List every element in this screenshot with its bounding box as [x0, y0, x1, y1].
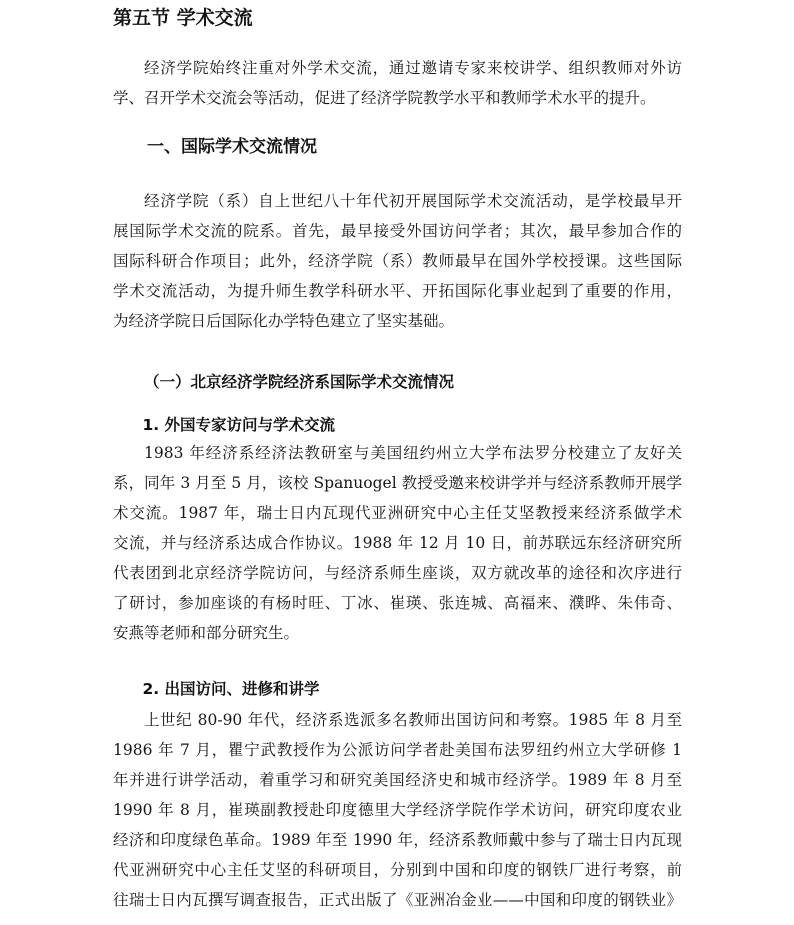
document-page: 第五节 学术交流 经济学院始终注重对外学术交流，通过邀请专家来校讲学、组织教师对… [0, 0, 794, 925]
paragraph-line: 1986 年 7 月，瞿宁武教授作为公派访问学者赴美国布法罗纽约州立大学研修 1 [113, 735, 682, 765]
international-paragraph: 经济学院（系）自上世纪八十年代初开展国际学术交流活动，是学校最早开 展国际学术交… [113, 186, 682, 336]
paragraph-line: 经济和印度绿色革命。1989 年至 1990 年，经济系教师戴中参与了瑞士日内瓦… [113, 825, 682, 855]
paragraph-line: 学、召开学术交流会等活动，促进了经济学院教学水平和教师学术水平的提升。 [113, 83, 682, 113]
foreign-experts-paragraph: 1983 年经济系经济法教研室与美国纽约州立大学布法罗分校建立了友好关 系，同年… [113, 438, 682, 648]
paragraph-line: 经济学院（系）自上世纪八十年代初开展国际学术交流活动，是学校最早开 [113, 186, 682, 216]
paragraph-line: 1983 年经济系经济法教研室与美国纽约州立大学布法罗分校建立了友好关 [113, 438, 682, 468]
heading-foreign-experts-visits: 1. 外国专家访问与学术交流 [113, 413, 682, 438]
paragraph-line: 代表团到北京经济学院访问，与经济系师生座谈，双方就改革的途径和次序进行 [113, 558, 682, 588]
paragraph-line: 1990 年 8 月，崔瑛副教授赴印度德里大学经济学院作学术访问，研究印度农业 [113, 795, 682, 825]
abroad-paragraph: 上世纪 80-90 年代，经济系选派多名教师出国访问和考察。1985 年 8 月… [113, 705, 682, 915]
heading-international-exchange: 一、国际学术交流情况 [113, 134, 682, 161]
section-title: 第五节 学术交流 [113, 5, 682, 31]
intro-paragraph: 经济学院始终注重对外学术交流，通过邀请专家来校讲学、组织教师对外访 学、召开学术… [113, 53, 682, 113]
paragraph-line: 学术交流活动，为提升师生教学科研水平、开拓国际化事业起到了重要的作用， [113, 276, 682, 306]
heading-visits-abroad: 2. 出国访问、进修和讲学 [113, 677, 682, 702]
paragraph-line: 年并进行讲学活动，着重学习和研究美国经济史和城市经济学。1989 年 8 月至 [113, 765, 682, 795]
paragraph-line: 为经济学院日后国际化办学特色建立了坚实基础。 [113, 306, 682, 336]
paragraph-line: 上世纪 80-90 年代，经济系选派多名教师出国访问和考察。1985 年 8 月… [113, 705, 682, 735]
paragraph-line: 展国际学术交流的院系。首先，最早接受外国访问学者；其次，最早参加合作的 [113, 216, 682, 246]
paragraph-line: 国际科研合作项目；此外，经济学院（系）教师最早在国外学校授课。这些国际 [113, 246, 682, 276]
paragraph-line: 安燕等老师和部分研究生。 [113, 618, 682, 648]
paragraph-line: 术交流。1987 年，瑞士日内瓦现代亚洲研究中心主任艾坚教授来经济系做学术 [113, 498, 682, 528]
paragraph-line: 了研讨，参加座谈的有杨时旺、丁冰、崔瑛、张连城、高福来、濮晔、朱伟奇、 [113, 588, 682, 618]
paragraph-line: 系，同年 3 月至 5 月，该校 Spanuogel 教授受邀来校讲学并与经济系… [113, 468, 682, 498]
paragraph-line: 代亚洲研究中心主任艾坚的科研项目，分别到中国和印度的钢铁厂进行考察，前 [113, 855, 682, 885]
paragraph-line: 交流，并与经济系达成合作协议。1988 年 12 月 10 日，前苏联远东经济研… [113, 528, 682, 558]
paragraph-line: 往瑞士日内瓦撰写调查报告，正式出版了《亚洲冶金业——中国和印度的钢铁业》 [113, 885, 682, 915]
paragraph-line: 经济学院始终注重对外学术交流，通过邀请专家来校讲学、组织教师对外访 [113, 53, 682, 83]
heading-beijing-economics-dept: （一）北京经济学院经济系国际学术交流情况 [113, 370, 682, 395]
